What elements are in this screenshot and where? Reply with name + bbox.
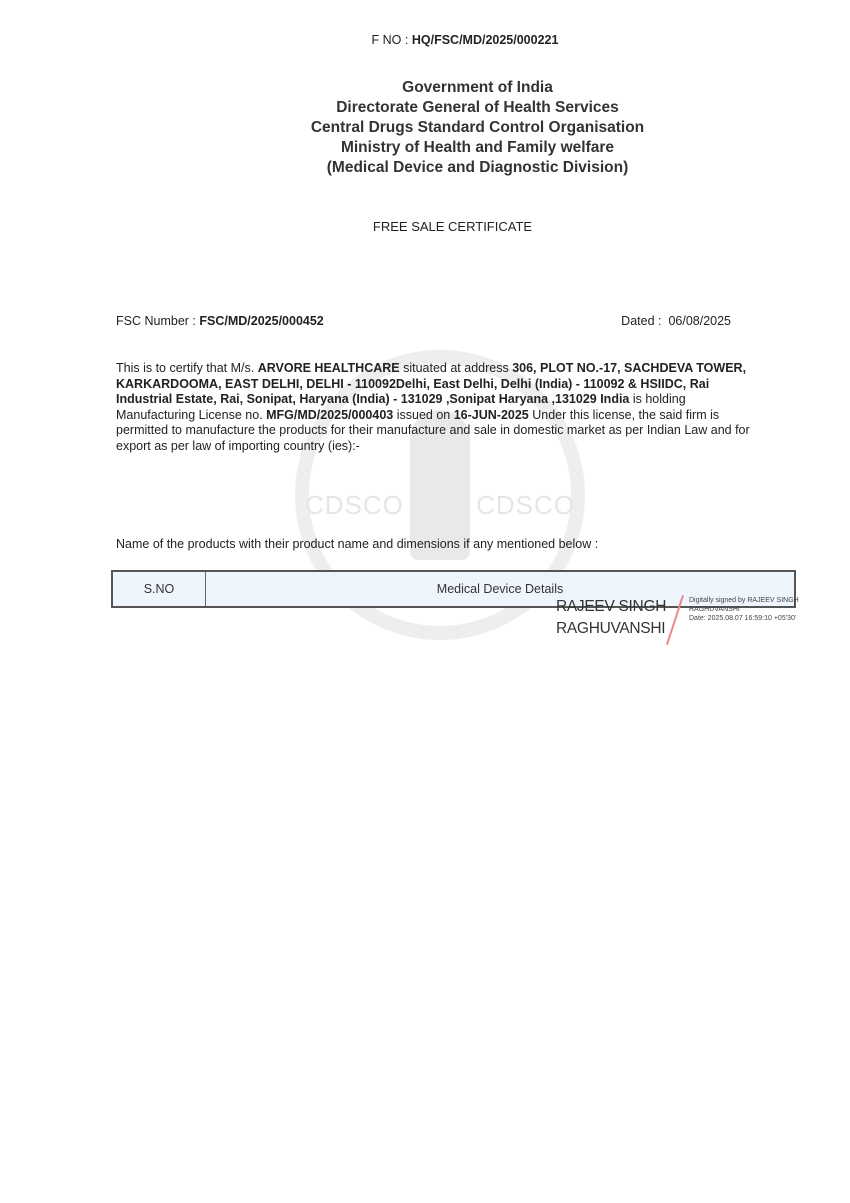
dated-label: Dated : [621, 314, 661, 328]
heading-line: Central Drugs Standard Control Organisat… [0, 118, 850, 138]
signed-by: Digitally signed by RAJEEV SINGH RAGHUVA… [689, 596, 819, 614]
watermark-text-left: CDSCO [305, 490, 404, 521]
dated: Dated : 06/08/2025 [621, 314, 731, 328]
file-number-label: F NO : [372, 33, 409, 47]
license-issue-date: 16-JUN-2025 [454, 408, 529, 422]
heading-line: (Medical Device and Diagnostic Division) [0, 158, 850, 178]
body-text: This is to certify that M/s. [116, 361, 258, 375]
heading-line: Directorate General of Health Services [0, 98, 850, 118]
issuing-authority-heading: Government of India Directorate General … [0, 78, 850, 178]
signer-name: RAJEEV SINGH RAGHUVANSHI [556, 596, 666, 640]
signer-name-line: RAGHUVANSHI [556, 618, 666, 640]
signature-date: Date: 2025.08.07 16:59:10 +05'30' [689, 614, 819, 623]
license-number: MFG/MD/2025/000403 [266, 408, 393, 422]
certification-paragraph: This is to certify that M/s. ARVORE HEAL… [116, 361, 756, 455]
digital-signature: RAJEEV SINGH RAGHUVANSHI Digitally signe… [556, 596, 816, 648]
file-number-value: HQ/FSC/MD/2025/000221 [412, 33, 559, 47]
signature-details: Digitally signed by RAJEEV SINGH RAGHUVA… [689, 596, 819, 623]
dated-value: 06/08/2025 [668, 314, 731, 328]
products-label: Name of the products with their product … [116, 537, 598, 551]
file-number: F NO : HQ/FSC/MD/2025/000221 [0, 33, 850, 47]
signer-name-line: RAJEEV SINGH [556, 596, 666, 618]
company-name: ARVORE HEALTHCARE [258, 361, 400, 375]
signature-check-icon [666, 595, 684, 645]
heading-line: Government of India [0, 78, 850, 98]
body-text: situated at address [400, 361, 513, 375]
heading-line: Ministry of Health and Family welfare [0, 138, 850, 158]
fsc-number-value: FSC/MD/2025/000452 [199, 314, 323, 328]
watermark-text-right: CDSCO [476, 490, 575, 521]
fsc-number-row: FSC Number : FSC/MD/2025/000452 Dated : … [116, 314, 731, 328]
column-header-sno: S.NO [112, 571, 206, 607]
certificate-title: FREE SALE CERTIFICATE [0, 219, 850, 234]
body-text: issued on [393, 408, 453, 422]
fsc-number-label: FSC Number : [116, 314, 196, 328]
